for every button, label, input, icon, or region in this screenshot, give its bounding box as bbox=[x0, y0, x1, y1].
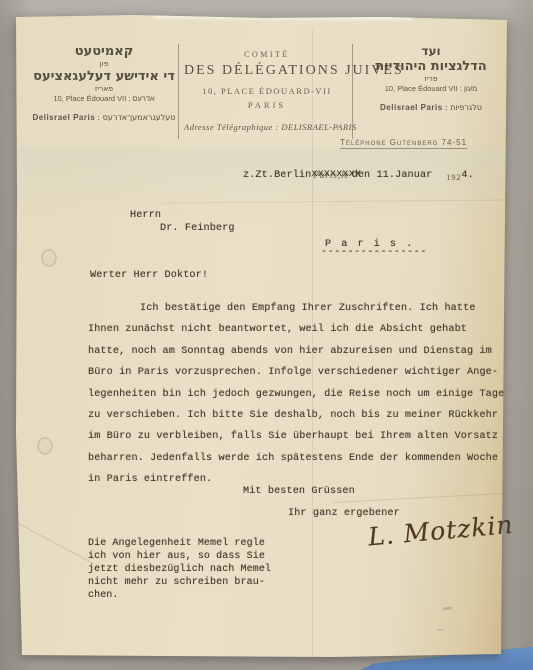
cable-address-french: Adresse Télégraphique : DELISRAEL-PARIS bbox=[184, 122, 350, 132]
letterhead-yiddish-block: קאמיטעט פון די אידישע דעלעגאציעס פאריז 1… bbox=[30, 44, 178, 123]
cable-label-yiddish: : טעלעגראמען־אדרעס bbox=[97, 113, 175, 122]
postscript-block: Die Angelegenheit Memel regle ich von hi… bbox=[88, 537, 271, 602]
body-line: legenheiten bin ich jedoch gezwungen, di… bbox=[88, 384, 508, 405]
letter-content: קאמיטעט פון די אידישע דעלעגאציעס פאריז 1… bbox=[0, 0, 533, 670]
scanned-letter: קאמיטעט פון די אידישע דעלעגאציעס פאריז 1… bbox=[0, 0, 533, 670]
cable-name: Delisrael Paris bbox=[380, 103, 443, 112]
letter-body: Ich bestätige den Empfang Ihrer Zuschrif… bbox=[88, 298, 508, 491]
recipient-salutation: Herrn bbox=[130, 210, 161, 221]
typed-year-digit: 4. bbox=[461, 170, 473, 181]
strikeout-overlay: xxxxxxxx bbox=[311, 169, 361, 180]
recipient-name: Dr. Feinberg bbox=[160, 223, 235, 234]
printed-year-prefix: 192 bbox=[446, 170, 461, 182]
postscript-line: Die Angelegenheit Memel regle bbox=[88, 537, 271, 550]
org-name-yiddish: די אידישע דעלעגאציעס bbox=[30, 69, 178, 84]
typed-date: den 11.Januar bbox=[352, 170, 433, 181]
postscript-line: ich von hier aus, so dass Sie bbox=[88, 550, 271, 563]
org-title-french: COMITÉ bbox=[184, 50, 350, 59]
org-title-hebrew: ועד bbox=[358, 44, 504, 59]
org-name-hebrew: הדלגציות היהודיות bbox=[358, 59, 504, 74]
cable-label-hebrew: : טלגרפיות bbox=[445, 103, 482, 112]
city-hebrew: פריז bbox=[358, 74, 504, 84]
body-line: beharren. Jedenfalls werde ich spätesten… bbox=[88, 448, 508, 469]
org-name-yiddish-of: פון bbox=[30, 59, 178, 69]
typed-place: z.Zt.Berlin bbox=[243, 170, 311, 181]
recipient-city-underline: ---------------- bbox=[321, 247, 427, 258]
body-line: im Büro zu verbleiben, falls Sie überhau… bbox=[88, 426, 508, 447]
letter-salutation: Werter Herr Doktor! bbox=[90, 270, 208, 281]
body-line: Büro in Paris vorzusprechen. Infolge ver… bbox=[88, 362, 508, 383]
postscript-line: chen. bbox=[88, 589, 271, 602]
body-line: Ihnen zunächst nicht beantwortet, weil i… bbox=[88, 319, 508, 340]
org-name-french: DES DÉLÉGATIONS JUIVES bbox=[184, 63, 350, 79]
org-address: 10, PLACE ÉDOUARD-VII bbox=[184, 86, 350, 96]
closing-yours: Ihr ganz ergebener bbox=[288, 508, 400, 519]
closing-regards: Mit besten Grüssen bbox=[243, 486, 355, 497]
date-line: z.Zt.Berlin Paris,le xxxxxxxx den 11.Jan… bbox=[243, 170, 474, 182]
telephone-line: Téléphone Gutenberg 74-51 bbox=[340, 138, 467, 149]
address-hebrew-line: 10, Place Édouard VII : מעון bbox=[358, 84, 504, 94]
address-yiddish-line: 10, Place Édouard VII : אדרעס bbox=[30, 94, 178, 104]
city-yiddish: פאריז bbox=[30, 84, 178, 94]
org-name-yiddish-title: קאמיטעט bbox=[30, 44, 178, 59]
body-line: hatte, noch am Sonntag abends von hier a… bbox=[88, 341, 508, 362]
body-line: zu verschieben. Ich bitte Sie deshalb, n… bbox=[88, 405, 508, 426]
cable-name: Delisrael Paris bbox=[33, 113, 96, 122]
cable-address-yiddish: Delisrael Paris : טעלעגראמען־אדרעס bbox=[30, 113, 178, 123]
cable-address-hebrew: Delisrael Paris : טלגרפיות bbox=[358, 103, 504, 113]
body-line: Ich bestätige den Empfang Ihrer Zuschrif… bbox=[88, 298, 508, 319]
struck-printed-place: Paris,le xxxxxxxx bbox=[313, 170, 349, 182]
org-city: PARIS bbox=[184, 100, 350, 110]
letterhead-french-block: COMITÉ DES DÉLÉGATIONS JUIVES 10, PLACE … bbox=[184, 50, 350, 132]
postscript-line: jetzt diesbezüglich nach Memel bbox=[88, 563, 271, 576]
postscript-line: nicht mehr zu schreiben brau- bbox=[88, 576, 271, 589]
letterhead-hebrew-block: ועד הדלגציות היהודיות פריז 10, Place Édo… bbox=[358, 44, 504, 113]
letterhead-divider bbox=[178, 44, 179, 139]
